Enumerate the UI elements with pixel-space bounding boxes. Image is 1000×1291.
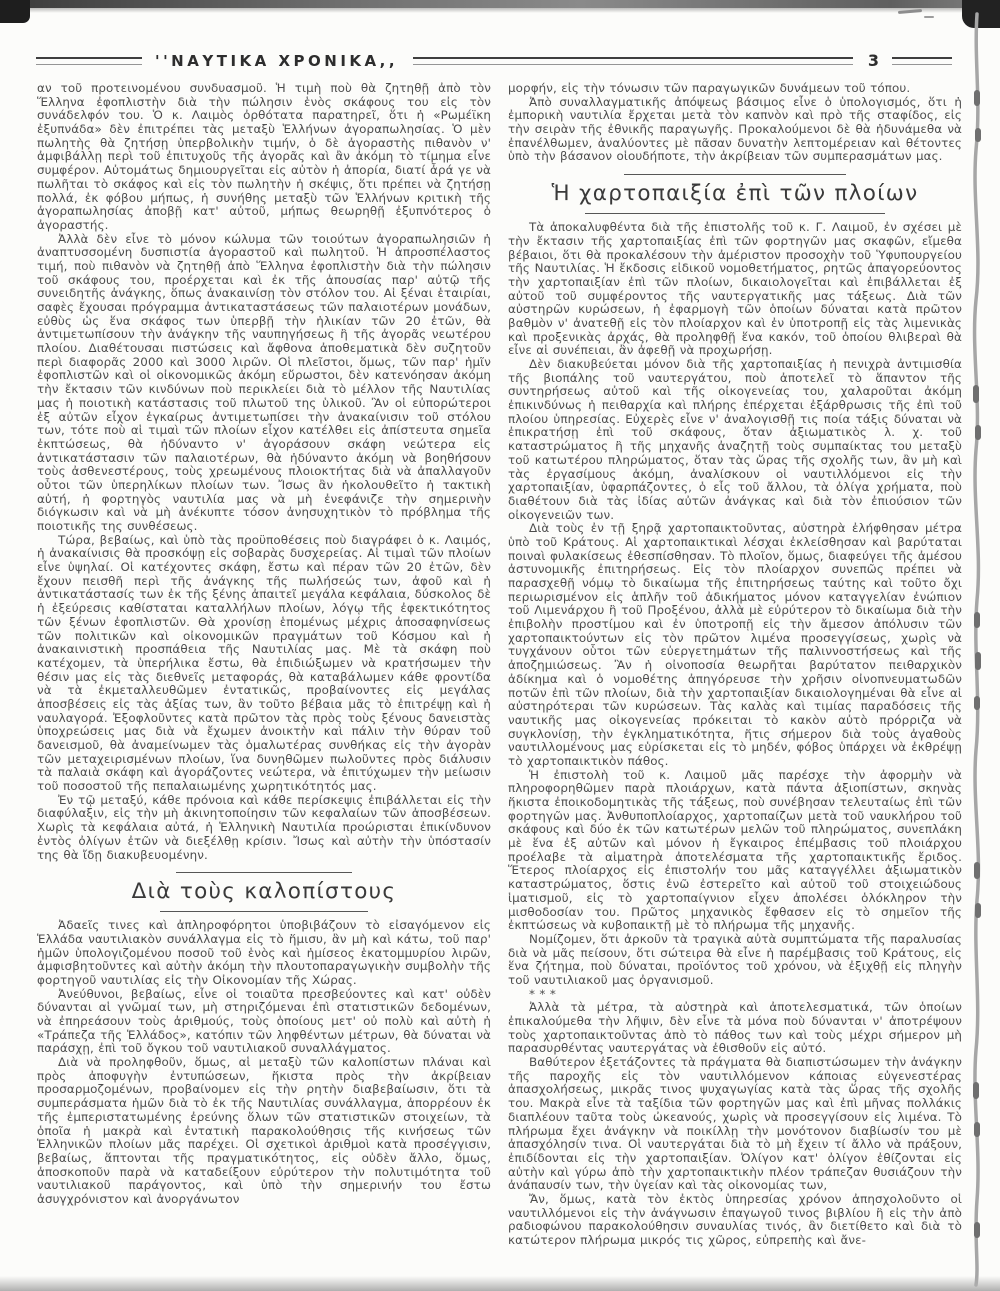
left-section-paragraph-2: Ἀνεύθυνοι, βεβαίως, εἶνε οἱ τοιαῦτα πρεσ… (37, 988, 491, 1056)
section-heading-block-xartopaixia: Ἡ χαρτοπαιξία ἐπὶ τῶν πλοίων (508, 174, 962, 214)
right-closing-paragraph-2: Βαθύτερον ἐξετάζοντες τὰ πράγματα θὰ δια… (508, 1056, 962, 1193)
right-section-paragraph-4: Ἡ ἐπιστολὴ τοῦ κ. Λαιμοῦ μᾶς παρέσχε τὴν… (508, 769, 962, 933)
asterisk-separator: * * * (508, 988, 962, 1002)
right-section-paragraph-3: Διὰ τοὺς ἐν τῇ ξηρᾷ χαρτοπαικτοῦντας, αὐ… (508, 522, 962, 768)
scan-smudge-mark (924, 16, 934, 18)
left-paragraph-2: Ἀλλὰ δὲν εἶνε τὸ μόνον κώλυμα τῶν τοιούτ… (37, 233, 491, 534)
column-right: μορφήν, εἰς τὴν τόνωσιν τῶν παραγωγικῶν … (508, 82, 962, 1281)
masthead-rule-left (36, 57, 142, 65)
right-closing-paragraph-3: Ἄν, ὅμως, κατὰ τὸν ἐκτὸς ὑπηρεσίας χρόνο… (508, 1193, 962, 1248)
page-number: 3 (868, 51, 879, 70)
left-section-paragraph-1: Ἀδαεῖς τινες καὶ ἀπληροφόρητοι ὑποβιβάζο… (37, 919, 491, 987)
scan-top-edge-shadow (0, 8, 968, 13)
heading-rule (176, 872, 352, 873)
right-section-paragraph-1: Τὰ ἀποκαλυφθέντα διὰ τῆς ἐπιστολῆς τοῦ κ… (508, 221, 962, 358)
heading-rule (585, 213, 885, 214)
right-section-paragraph-2: Δὲν διακυβεύεται μόνον διὰ τῆς χαρτοπαιξ… (508, 358, 962, 522)
section-title-xartopaixia: Ἡ χαρτοπαιξία ἐπὶ τῶν πλοίων (508, 181, 962, 206)
right-closing-paragraph-1: Ἀλλὰ τὰ μέτρα, τὰ αὐστηρὰ καὶ ἀποτελεσμα… (508, 1001, 962, 1056)
masthead-rule-right (892, 57, 952, 65)
left-paragraph-3: Τώρα, βεβαίως, καὶ ὑπὸ τὰς προϋποθέσεις … (37, 534, 491, 794)
journal-title: ''ΝΑΥΤΙΚΑ ΧΡΟΝΙΚΑ,, (155, 52, 398, 70)
section-title-kalopistous: Διὰ τοὺς καλοπίστους (37, 879, 491, 904)
scanned-newspaper-page: ''ΝΑΥΤΙΚΑ ΧΡΟΝΙΚΑ,, 3 αν τοῦ προτεινομέν… (0, 0, 1000, 1291)
left-paragraph-4: Ἐν τῷ μεταξύ, κάθε πρόνοια καὶ κάθε περί… (37, 794, 491, 862)
scan-smudge-mark (898, 9, 922, 14)
scan-corner-top-left (0, 0, 30, 23)
column-left: αν τοῦ προτεινομένου συνδυασμοῦ. Ἡ τιμὴ … (37, 82, 491, 1281)
heading-rule (624, 174, 846, 175)
section-heading-block-kalopistous: Διὰ τοὺς καλοπίστους (37, 872, 491, 912)
scan-top-edge (0, 0, 968, 8)
right-paragraph-1: μορφήν, εἰς τὴν τόνωσιν τῶν παραγωγικῶν … (508, 82, 962, 96)
scan-deckle-edge (962, 0, 992, 1291)
article-columns: αν τοῦ προτεινομένου συνδυασμοῦ. Ἡ τιμὴ … (37, 82, 962, 1281)
heading-rule (160, 911, 368, 912)
left-paragraph-1: αν τοῦ προτεινομένου συνδυασμοῦ. Ἡ τιμὴ … (37, 82, 491, 233)
masthead-rule-center (413, 57, 853, 65)
masthead: ''ΝΑΥΤΙΚΑ ΧΡΟΝΙΚΑ,, 3 (36, 51, 952, 70)
right-section-paragraph-5: Νομίζομεν, ὅτι ἀρκοῦν τὰ τραγικὰ αὐτὰ συ… (508, 933, 962, 988)
right-paragraph-2: Ἀπὸ συναλλαγματικῆς ἀπόψεως βάσιμος εἶνε… (508, 96, 962, 164)
left-section-paragraph-3: Διὰ νὰ προληφθοῦν, ὅμως, αἱ μεταξὺ τῶν κ… (37, 1056, 491, 1207)
